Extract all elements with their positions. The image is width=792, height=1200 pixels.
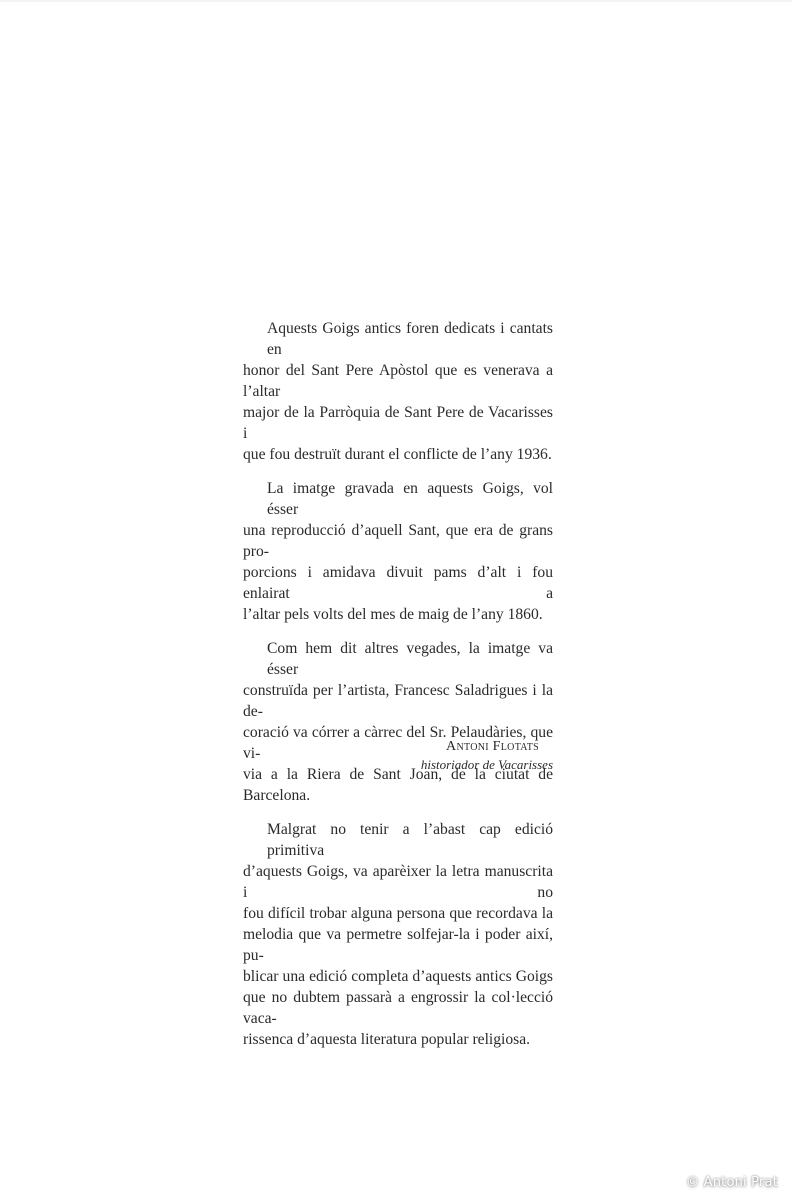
text-line: porcions i amidava divuit pams d’alt i f… bbox=[243, 562, 553, 604]
text-line: melodia que va permetre solfejar-la i po… bbox=[243, 924, 553, 966]
paragraph-1: Aquests Goigs antics foren dedicats i ca… bbox=[243, 318, 553, 465]
author-name: Antoni Flotats bbox=[360, 738, 553, 756]
author-title: historiador de Vacarisses bbox=[360, 756, 553, 773]
text-line: blicar una edició completa d’aquests ant… bbox=[243, 966, 553, 987]
document-body: Aquests Goigs antics foren dedicats i ca… bbox=[243, 318, 553, 1063]
signature-block: Antoni Flotats historiador de Vacarisses bbox=[360, 738, 553, 773]
text-line: fou difícil trobar alguna persona que re… bbox=[243, 903, 553, 924]
page-top-edge bbox=[0, 0, 792, 2]
text-line: d’aquests Goigs, va aparèixer la letra m… bbox=[243, 861, 553, 903]
copyright-watermark: © Antoni Prat bbox=[686, 1175, 778, 1190]
paragraph-2: La imatge gravada en aquests Goigs, vol … bbox=[243, 478, 553, 625]
text-line: l’altar pels volts del mes de maig de l’… bbox=[243, 604, 553, 625]
text-line: honor del Sant Pere Apòstol que es vener… bbox=[243, 360, 553, 402]
paragraph-3: Com hem dit altres vegades, la imatge va… bbox=[243, 638, 553, 806]
text-line: una reproducció d’aquell Sant, que era d… bbox=[243, 520, 553, 562]
text-line: rissenca d’aquesta literatura popular re… bbox=[243, 1029, 553, 1050]
text-line: construïda per l’artista, Francesc Salad… bbox=[243, 680, 553, 722]
text-line: Aquests Goigs antics foren dedicats i ca… bbox=[243, 318, 553, 360]
text-line: La imatge gravada en aquests Goigs, vol … bbox=[243, 478, 553, 520]
text-line: Malgrat no tenir a l’abast cap edició pr… bbox=[243, 819, 553, 861]
text-line: major de la Parròquia de Sant Pere de Va… bbox=[243, 402, 553, 444]
text-line: que no dubtem passarà a engrossir la col… bbox=[243, 987, 553, 1029]
text-line: que fou destruït durant el conflicte de … bbox=[243, 444, 553, 465]
text-line: Com hem dit altres vegades, la imatge va… bbox=[243, 638, 553, 680]
paragraph-4: Malgrat no tenir a l’abast cap edició pr… bbox=[243, 819, 553, 1050]
